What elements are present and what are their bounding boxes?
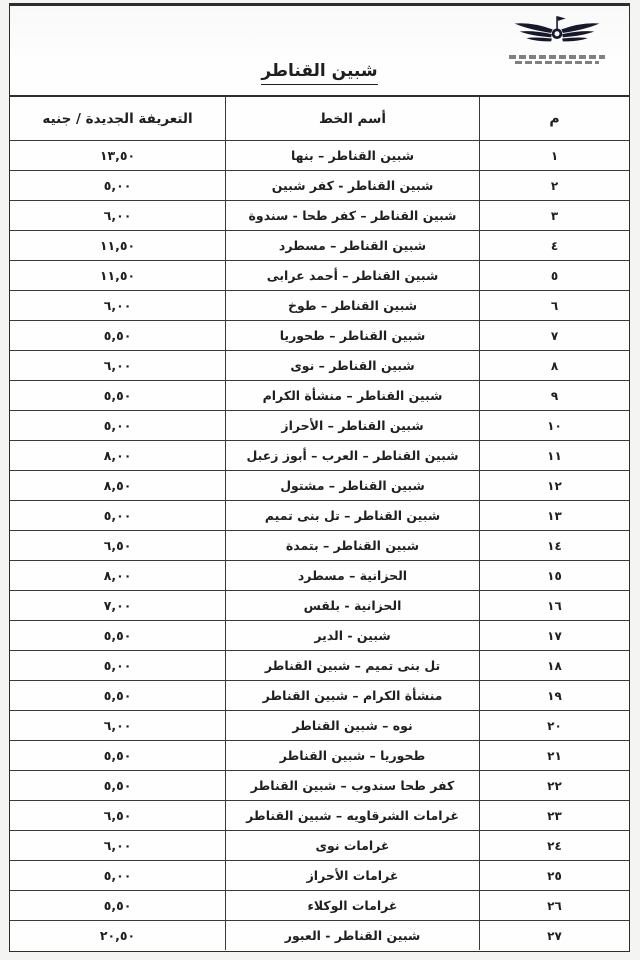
- row-number: ١٩: [480, 681, 629, 710]
- table-row: ١٤ شبين القناطر – بتمدة ٦,٥٠: [10, 530, 629, 560]
- fare-value: ٥,٥٠: [10, 381, 225, 410]
- route-name: غرامات الأحراز: [225, 861, 480, 890]
- row-number: ١٨: [480, 651, 629, 680]
- table-row: ٨ شبين القناطر – نوى ٦,٠٠: [10, 350, 629, 380]
- row-number: ٢: [480, 171, 629, 200]
- route-name: الحزانية - بلقس: [225, 591, 480, 620]
- row-number: ١٠: [480, 411, 629, 440]
- table-row: ٢٢ كفر طحا سندوب – شبين القناطر ٥,٥٠: [10, 770, 629, 800]
- fare-value: ٨,٥٠: [10, 471, 225, 500]
- route-name: شبين القناطر - كفر شبين: [225, 171, 480, 200]
- route-name: شبين القناطر – بنها: [225, 141, 480, 170]
- table-row: ١٥ الحزانية – مسطرد ٨,٠٠: [10, 560, 629, 590]
- fare-value: ٥,٠٠: [10, 411, 225, 440]
- row-number: ١: [480, 141, 629, 170]
- table-row: ١٠ شبين القناطر – الأحراز ٥,٠٠: [10, 410, 629, 440]
- table-row: ١٦ الحزانية - بلقس ٧,٠٠: [10, 590, 629, 620]
- fare-value: ٥,٠٠: [10, 171, 225, 200]
- table-row: ١٣ شبين القناطر – تل بنى تميم ٥,٠٠: [10, 500, 629, 530]
- fare-value: ٥,٥٠: [10, 321, 225, 350]
- route-name: شبين القناطر – تل بنى تميم: [225, 501, 480, 530]
- row-number: ٣: [480, 201, 629, 230]
- route-name: تل بنى تميم – شبين القناطر: [225, 651, 480, 680]
- fare-value: ٦,٥٠: [10, 531, 225, 560]
- fare-value: ٥,٥٠: [10, 771, 225, 800]
- table-row: ٩ شبين القناطر – منشأة الكرام ٥,٥٠: [10, 380, 629, 410]
- table-row: ٢٠ نوه – شبين القناطر ٦,٠٠: [10, 710, 629, 740]
- row-number: ٩: [480, 381, 629, 410]
- route-name: شبين القناطر – طوخ: [225, 291, 480, 320]
- route-name: شبين القناطر – كفر طحا - سندوة: [225, 201, 480, 230]
- table-row: ٤ شبين القناطر – مسطرد ١١,٥٠: [10, 230, 629, 260]
- route-name: شبين القناطر - العبور: [225, 921, 480, 950]
- document-header: شبين القناطر: [10, 6, 629, 97]
- fare-value: ٨,٠٠: [10, 561, 225, 590]
- table-row: ١١ شبين القناطر – العرب – أبوز زعبل ٨,٠٠: [10, 440, 629, 470]
- row-number: ١٦: [480, 591, 629, 620]
- header-route-name: أسم الخط: [225, 97, 480, 140]
- row-number: ٢١: [480, 741, 629, 770]
- table-row: ٢٤ غرامات نوى ٦,٠٠: [10, 830, 629, 860]
- table-body: ١ شبين القناطر – بنها ١٣,٥٠ ٢ شبين القنا…: [10, 140, 629, 950]
- fare-value: ٦,٠٠: [10, 291, 225, 320]
- table-row: ٢١ طحوريا – شبين القناطر ٥,٥٠: [10, 740, 629, 770]
- table-row: ١ شبين القناطر – بنها ١٣,٥٠: [10, 140, 629, 170]
- row-number: ١٧: [480, 621, 629, 650]
- row-number: ٨: [480, 351, 629, 380]
- table-row: ١٧ شبين - الدير ٥,٥٠: [10, 620, 629, 650]
- fare-value: ٦,٥٠: [10, 801, 225, 830]
- row-number: ٢٦: [480, 891, 629, 920]
- fare-value: ٦,٠٠: [10, 351, 225, 380]
- fare-value: ٥,٥٠: [10, 741, 225, 770]
- winged-railway-emblem-icon: [507, 14, 607, 52]
- row-number: ١٢: [480, 471, 629, 500]
- fare-value: ٥,٥٠: [10, 891, 225, 920]
- table-row: ٢٥ غرامات الأحراز ٥,٠٠: [10, 860, 629, 890]
- route-name: شبين القناطر – مسطرد: [225, 231, 480, 260]
- route-name: شبين القناطر – بتمدة: [225, 531, 480, 560]
- row-number: ١١: [480, 441, 629, 470]
- logo-caption-line: [509, 55, 605, 59]
- fare-value: ١٣,٥٠: [10, 141, 225, 170]
- fare-value: ٦,٠٠: [10, 201, 225, 230]
- table-row: ٦ شبين القناطر – طوخ ٦,٠٠: [10, 290, 629, 320]
- route-name: شبين القناطر – أحمد عرابى: [225, 261, 480, 290]
- fare-value: ٨,٠٠: [10, 441, 225, 470]
- table-row: ٢٧ شبين القناطر - العبور ٢٠,٥٠: [10, 920, 629, 950]
- page-title: شبين القناطر: [10, 61, 629, 85]
- row-number: ٤: [480, 231, 629, 260]
- row-number: ١٥: [480, 561, 629, 590]
- row-number: ٢٠: [480, 711, 629, 740]
- organization-logo: [505, 14, 609, 64]
- fare-value: ٥,٥٠: [10, 621, 225, 650]
- fare-value: ٦,٠٠: [10, 711, 225, 740]
- route-name: شبين القناطر – نوى: [225, 351, 480, 380]
- fare-value: ٥,٠٠: [10, 861, 225, 890]
- route-name: شبين - الدير: [225, 621, 480, 650]
- route-name: شبين القناطر – الأحراز: [225, 411, 480, 440]
- fare-value: ٢٠,٥٠: [10, 921, 225, 950]
- fare-value: ١١,٥٠: [10, 261, 225, 290]
- route-name: شبين القناطر – طحوريا: [225, 321, 480, 350]
- row-number: ١٣: [480, 501, 629, 530]
- table-row: ٧ شبين القناطر – طحوريا ٥,٥٠: [10, 320, 629, 350]
- row-number: ٧: [480, 321, 629, 350]
- table-row: ٥ شبين القناطر – أحمد عرابى ١١,٥٠: [10, 260, 629, 290]
- route-name: شبين القناطر – منشأة الكرام: [225, 381, 480, 410]
- table-row: ١٨ تل بنى تميم – شبين القناطر ٥,٠٠: [10, 650, 629, 680]
- route-name: نوه – شبين القناطر: [225, 711, 480, 740]
- row-number: ٢٣: [480, 801, 629, 830]
- table-header-row: م أسم الخط التعريفة الجديدة / جنيه: [10, 97, 629, 140]
- route-name: منشأة الكرام – شبين القناطر: [225, 681, 480, 710]
- table-row: ٢٣ غرامات الشرقاويه – شبين القناطر ٦,٥٠: [10, 800, 629, 830]
- route-name: شبين القناطر – مشتول: [225, 471, 480, 500]
- route-name: الحزانية – مسطرد: [225, 561, 480, 590]
- table-row: ٣ شبين القناطر – كفر طحا - سندوة ٦,٠٠: [10, 200, 629, 230]
- route-name: طحوريا – شبين القناطر: [225, 741, 480, 770]
- table-row: ٢ شبين القناطر - كفر شبين ٥,٠٠: [10, 170, 629, 200]
- row-number: ٥: [480, 261, 629, 290]
- route-name: غرامات الوكلاء: [225, 891, 480, 920]
- header-new-tariff: التعريفة الجديدة / جنيه: [10, 97, 225, 140]
- fare-value: ٥,٥٠: [10, 681, 225, 710]
- tariff-table: م أسم الخط التعريفة الجديدة / جنيه ١ شبي…: [10, 97, 629, 950]
- fare-value: ٥,٠٠: [10, 501, 225, 530]
- table-row: ١٩ منشأة الكرام – شبين القناطر ٥,٥٠: [10, 680, 629, 710]
- row-number: ٢٢: [480, 771, 629, 800]
- route-name: غرامات الشرقاويه – شبين القناطر: [225, 801, 480, 830]
- fare-value: ٦,٠٠: [10, 831, 225, 860]
- header-index: م: [480, 97, 629, 140]
- fare-value: ٥,٠٠: [10, 651, 225, 680]
- table-row: ١٢ شبين القناطر – مشتول ٨,٥٠: [10, 470, 629, 500]
- fare-value: ١١,٥٠: [10, 231, 225, 260]
- route-name: شبين القناطر – العرب – أبوز زعبل: [225, 441, 480, 470]
- fare-value: ٧,٠٠: [10, 591, 225, 620]
- route-name: غرامات نوى: [225, 831, 480, 860]
- table-row: ٢٦ غرامات الوكلاء ٥,٥٠: [10, 890, 629, 920]
- row-number: ٢٤: [480, 831, 629, 860]
- row-number: ٢٥: [480, 861, 629, 890]
- row-number: ٦: [480, 291, 629, 320]
- row-number: ١٤: [480, 531, 629, 560]
- row-number: ٢٧: [480, 921, 629, 950]
- scanned-document-page: شبين القناطر م أسم الخط التعريفة الجديدة…: [9, 3, 630, 952]
- route-name: كفر طحا سندوب – شبين القناطر: [225, 771, 480, 800]
